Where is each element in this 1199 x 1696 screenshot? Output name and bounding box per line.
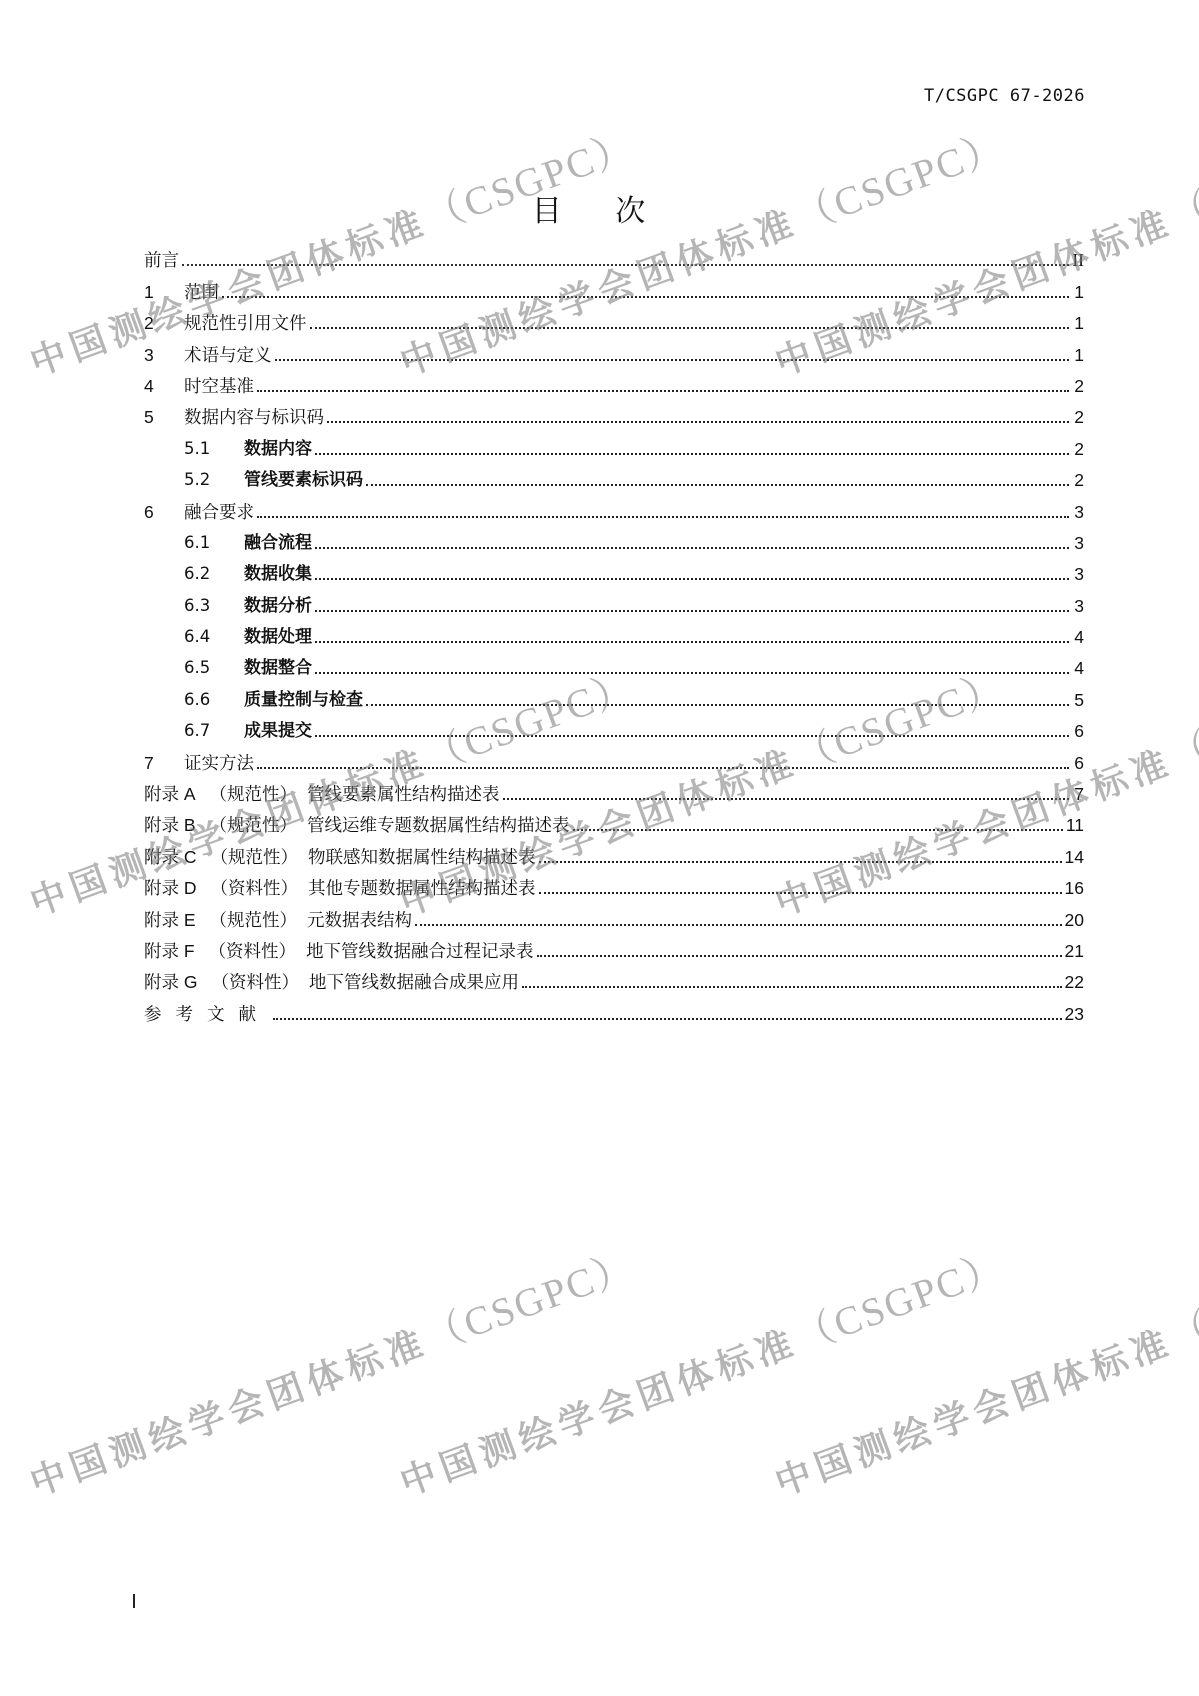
toc-entry-number: 4: [144, 375, 184, 397]
toc-entry-label: 管线运维专题数据属性结构描述表: [307, 814, 573, 836]
toc-page-number: 14: [1062, 846, 1084, 868]
toc-page-number: 3: [1069, 595, 1084, 617]
toc-entry-number: 2: [144, 312, 184, 334]
watermark: 中国测绘学会团体标准（CSGPC）: [21, 1234, 643, 1507]
toc-entry-label: 范围: [184, 281, 222, 303]
toc-entry-6-2[interactable]: 6.2 数据收集 3: [144, 554, 1084, 585]
toc-page-number: II: [1069, 249, 1084, 271]
toc-entry-appendix-d[interactable]: 附录 D （资料性） 其他专题数据属性结构描述表 16: [144, 868, 1084, 899]
document-page: T/CSGPC 67-2026 目 次 前言 II 1 范围 1 2 规范性引用…: [0, 0, 1199, 1696]
toc-page-number: 11: [1063, 814, 1084, 836]
toc-entry-label: 融合流程: [244, 532, 315, 554]
watermark: 中国测绘学会团体标准（CSGPC）: [766, 1234, 1199, 1507]
dot-leader: [539, 861, 1062, 863]
toc-entry-label: 术语与定义: [184, 344, 275, 366]
toc-entry-number: 6.7: [184, 720, 244, 742]
footer-page-marker: [133, 1594, 135, 1608]
toc-entry-1[interactable]: 1 范围 1: [144, 271, 1084, 302]
toc-entry-4[interactable]: 4 时空基准 2: [144, 366, 1084, 397]
toc-entry-number: 1: [144, 281, 184, 303]
dot-leader: [315, 453, 1069, 455]
toc-entry-appendix-f[interactable]: 附录 F （资料性） 地下管线数据融合过程记录表 21: [144, 931, 1084, 962]
toc-entry-6[interactable]: 6 融合要求 3: [144, 491, 1084, 522]
dot-leader: [366, 704, 1069, 706]
toc-entry-label: 规范性引用文件: [184, 312, 310, 334]
toc-page-number: 16: [1062, 877, 1084, 899]
toc-entry-label: 参考文献: [144, 1003, 273, 1025]
appendix-type: （资料性）: [195, 940, 307, 962]
toc-entry-number: 6.5: [184, 657, 244, 679]
toc-page-number: 2: [1069, 406, 1084, 428]
toc-page-number: 4: [1069, 626, 1084, 648]
toc-entry-6-4[interactable]: 6.4 数据处理 4: [144, 617, 1084, 648]
toc-entry-appendix-c[interactable]: 附录 C （规范性） 物联感知数据属性结构描述表 14: [144, 836, 1084, 867]
toc-entry-label: 前言: [144, 249, 182, 271]
toc-entry-number: 附录 G: [144, 971, 197, 993]
toc-entry-number: 附录 C: [144, 846, 197, 868]
toc-entry-label: 成果提交: [244, 720, 315, 742]
appendix-type: （规范性）: [197, 846, 309, 868]
toc-page-number: 22: [1062, 971, 1084, 993]
toc-entry-5-1[interactable]: 5.1 数据内容 2: [144, 428, 1084, 459]
toc-entry-6-6[interactable]: 6.6 质量控制与检查 5: [144, 679, 1084, 710]
toc-entry-label: 数据整合: [244, 657, 315, 679]
toc-page-number: 1: [1069, 281, 1084, 303]
toc-entry-number: 6.4: [184, 626, 244, 648]
toc-entry-number: 6.6: [184, 689, 244, 711]
toc-entry-label: 证实方法: [184, 752, 257, 774]
toc-entry-number: 6.2: [184, 563, 244, 585]
toc-page-number: 21: [1062, 940, 1084, 962]
toc-entry-number: 6.3: [184, 595, 244, 617]
toc-entry-label: 数据内容: [244, 438, 315, 460]
toc-entry-label: 数据收集: [244, 563, 315, 585]
toc-entry-appendix-a[interactable]: 附录 A （规范性） 管线要素属性结构描述表 7: [144, 774, 1084, 805]
toc-entry-number: 附录 B: [144, 814, 196, 836]
dot-leader: [366, 484, 1069, 486]
watermark: 中国测绘学会团体标准（CSGPC）: [391, 1234, 1013, 1507]
toc-entry-number: 6: [144, 501, 184, 523]
toc-entry-5-2[interactable]: 5.2 管线要素标识码 2: [144, 460, 1084, 491]
dot-leader: [257, 516, 1069, 518]
toc-page-number: 3: [1069, 532, 1084, 554]
table-of-contents: 前言 II 1 范围 1 2 规范性引用文件 1 3 术语与定义 1 4 时空基…: [144, 240, 1084, 1025]
toc-entry-label: 其他专题数据属性结构描述表: [308, 877, 539, 899]
dot-leader: [539, 892, 1062, 894]
toc-entry-label: 元数据表结构: [307, 909, 415, 931]
toc-entry-label: 融合要求: [184, 501, 257, 523]
toc-page-number: 2: [1069, 375, 1084, 397]
toc-entry-label: 质量控制与检查: [244, 689, 366, 711]
dot-leader: [222, 296, 1069, 298]
dot-leader: [182, 264, 1069, 266]
toc-page-number: 20: [1062, 909, 1084, 931]
toc-page-number: 6: [1069, 720, 1084, 742]
toc-entry-label: 地下管线数据融合过程记录表: [306, 940, 537, 962]
appendix-type: （资料性）: [197, 971, 309, 993]
toc-entry-number: 附录 F: [144, 940, 195, 962]
toc-entry-6-3[interactable]: 6.3 数据分析 3: [144, 585, 1084, 616]
dot-leader: [415, 924, 1061, 926]
toc-entry-references[interactable]: 参考文献 23: [144, 993, 1084, 1024]
toc-page-number: 2: [1069, 438, 1084, 460]
toc-entry-label: 数据分析: [244, 595, 315, 617]
toc-entry-3[interactable]: 3 术语与定义 1: [144, 334, 1084, 365]
dot-leader: [315, 578, 1069, 580]
toc-entry-6-5[interactable]: 6.5 数据整合 4: [144, 648, 1084, 679]
dot-leader: [522, 986, 1062, 988]
dot-leader: [257, 767, 1069, 769]
standard-code: T/CSGPC 67-2026: [924, 86, 1085, 106]
toc-entry-number: 附录 A: [144, 783, 196, 805]
toc-entry-6-1[interactable]: 6.1 融合流程 3: [144, 523, 1084, 554]
toc-entry-number: 5: [144, 406, 184, 428]
toc-entry-preface[interactable]: 前言 II: [144, 240, 1084, 271]
dot-leader: [315, 735, 1069, 737]
toc-entry-number: 3: [144, 344, 184, 366]
toc-page-number: 23: [1062, 1003, 1084, 1025]
toc-page-number: 3: [1069, 563, 1084, 585]
toc-page-number: 1: [1069, 344, 1084, 366]
toc-page-number: 6: [1069, 752, 1084, 774]
dot-leader: [257, 390, 1069, 392]
dot-leader: [327, 421, 1069, 423]
dot-leader: [537, 955, 1062, 957]
toc-entry-label: 数据处理: [244, 626, 315, 648]
toc-entry-number: 5.2: [184, 469, 244, 491]
dot-leader: [275, 359, 1070, 361]
toc-entry-number: 5.1: [184, 438, 244, 460]
dot-leader: [315, 610, 1069, 612]
toc-entry-label: 时空基准: [184, 375, 257, 397]
dot-leader: [315, 547, 1069, 549]
dot-leader: [310, 327, 1070, 329]
dot-leader: [315, 641, 1069, 643]
toc-entry-label: 管线要素属性结构描述表: [307, 783, 503, 805]
toc-entry-label: 地下管线数据融合成果应用: [309, 971, 522, 993]
dot-leader: [315, 672, 1069, 674]
toc-entry-6-7[interactable]: 6.7 成果提交 6: [144, 711, 1084, 742]
dot-leader: [273, 1018, 1062, 1020]
toc-page-number: 4: [1069, 657, 1084, 679]
toc-entry-number: 附录 D: [144, 877, 197, 899]
appendix-type: （规范性）: [196, 783, 308, 805]
toc-entry-7[interactable]: 7 证实方法 6: [144, 742, 1084, 773]
toc-entry-number: 6.1: [184, 532, 244, 554]
toc-page-number: 2: [1069, 469, 1084, 491]
toc-entry-number: 7: [144, 752, 184, 774]
toc-entry-5[interactable]: 5 数据内容与标识码 2: [144, 397, 1084, 428]
appendix-type: （规范性）: [196, 909, 308, 931]
appendix-type: （规范性）: [196, 814, 308, 836]
dot-leader: [503, 798, 1069, 800]
appendix-type: （资料性）: [197, 877, 309, 899]
toc-page-number: 7: [1069, 783, 1084, 805]
toc-entry-label: 管线要素标识码: [244, 469, 366, 491]
toc-entry-label: 数据内容与标识码: [184, 406, 327, 428]
toc-page-number: 5: [1069, 689, 1084, 711]
toc-page-number: 3: [1069, 501, 1084, 523]
toc-entry-appendix-e[interactable]: 附录 E （规范性） 元数据表结构 20: [144, 899, 1084, 930]
toc-entry-appendix-b[interactable]: 附录 B （规范性） 管线运维专题数据属性结构描述表 11: [144, 805, 1084, 836]
page-title: 目 次: [0, 186, 1199, 230]
toc-entry-label: 物联感知数据属性结构描述表: [308, 846, 539, 868]
toc-entry-appendix-g[interactable]: 附录 G （资料性） 地下管线数据融合成果应用 22: [144, 962, 1084, 993]
toc-entry-number: 附录 E: [144, 909, 196, 931]
dot-leader: [573, 829, 1063, 831]
toc-page-number: 1: [1069, 312, 1084, 334]
toc-entry-2[interactable]: 2 规范性引用文件 1: [144, 303, 1084, 334]
